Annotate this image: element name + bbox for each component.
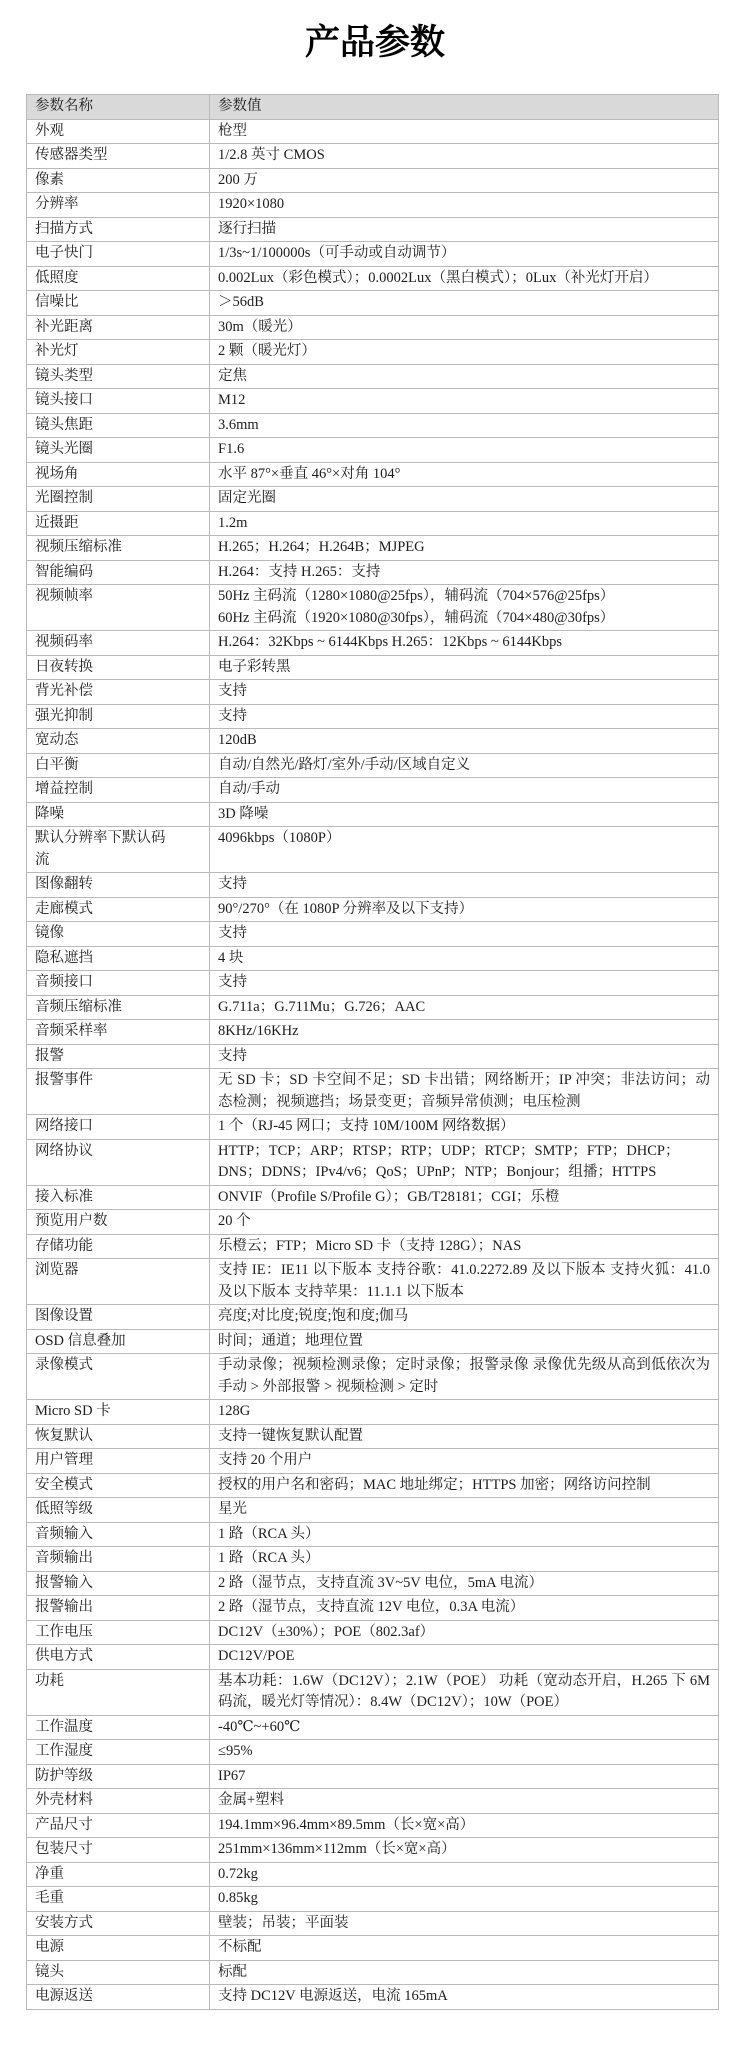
table-row: 电子快门1/3s~1/100000s（可手动或自动调节） [27,242,719,267]
param-value-cell: 200 万 [210,168,719,193]
param-value-cell: 乐橙云；FTP；Micro SD 卡（支持 128G）；NAS [210,1234,719,1259]
table-row: 镜像支持 [27,922,719,947]
table-row: 防护等级IP67 [27,1764,719,1789]
table-row: 隐私遮挡4 块 [27,946,719,971]
param-name-cell: 用户管理 [27,1449,210,1474]
param-value-cell: 0.85kg [210,1887,719,1912]
param-name-cell: 网络接口 [27,1115,210,1140]
param-name-cell: 补光距离 [27,315,210,340]
param-name-cell: 宽动态 [27,729,210,754]
param-name-cell: 音频输入 [27,1522,210,1547]
param-value-cell: ≤95% [210,1740,719,1765]
table-row: 视频码率H.264：32Kbps ~ 6144Kbps H.265：12Kbps… [27,631,719,656]
param-name-cell: 工作湿度 [27,1740,210,1765]
table-row: 工作湿度≤95% [27,1740,719,1765]
param-name-cell: 音频采样率 [27,1020,210,1045]
param-name-cell: 音频接口 [27,971,210,996]
param-name-cell: 默认分辨率下默认码 流 [27,827,210,873]
param-name-cell: 录像模式 [27,1354,210,1400]
table-row: 分辨率1920×1080 [27,193,719,218]
param-name-cell: 音频压缩标准 [27,995,210,1020]
table-row: 扫描方式逐行扫描 [27,217,719,242]
param-value-cell: 20 个 [210,1210,719,1235]
param-name-cell: 智能编码 [27,560,210,585]
param-value-cell: 时间；通道；地理位置 [210,1329,719,1354]
param-value-cell: 120dB [210,729,719,754]
param-value-cell: 支持 DC12V 电源返送，电流 165mA [210,1985,719,2010]
param-value-cell: 支持 [210,922,719,947]
param-value-cell: 标配 [210,1960,719,1985]
param-value-cell: 3.6mm [210,413,719,438]
param-name-cell: 光圈控制 [27,487,210,512]
param-name-cell: 防护等级 [27,1764,210,1789]
param-value-cell: 金属+塑料 [210,1789,719,1814]
table-row: 信噪比＞56dB [27,291,719,316]
param-value-cell: 2 路（湿节点，支持直流 3V~5V 电位，5mA 电流） [210,1571,719,1596]
table-row: 低照度0.002Lux（彩色模式）；0.0002Lux（黑白模式）；0Lux（补… [27,266,719,291]
table-row: 供电方式DC12V/POE [27,1645,719,1670]
param-value-cell: 基本功耗：1.6W（DC12V）；2.1W（POE） 功耗（宽动态开启，H.26… [210,1669,719,1715]
param-name-cell: 外观 [27,119,210,144]
param-name-cell: 图像设置 [27,1305,210,1330]
param-value-cell: 2 颗（暖光灯） [210,340,719,365]
param-value-cell: G.711a；G.711Mu；G.726；AAC [210,995,719,1020]
param-name-cell: 工作温度 [27,1715,210,1740]
param-name-cell: 电源 [27,1936,210,1961]
param-value-cell: 1/2.8 英寸 CMOS [210,144,719,169]
param-name-cell: 白平衡 [27,753,210,778]
param-name-cell: 报警 [27,1044,210,1069]
param-value-cell: F1.6 [210,438,719,463]
param-name-cell: 镜头焦距 [27,413,210,438]
table-row: 镜头标配 [27,1960,719,1985]
param-value-cell: 水平 87°×垂直 46°×对角 104° [210,462,719,487]
param-name-cell: 外壳材料 [27,1789,210,1814]
table-row: 恢复默认支持一键恢复默认配置 [27,1424,719,1449]
param-name-cell: 净重 [27,1862,210,1887]
param-name-cell: 报警事件 [27,1069,210,1115]
param-name-cell: 功耗 [27,1669,210,1715]
param-value-cell: 251mm×136mm×112mm（长×宽×高） [210,1838,719,1863]
table-row: 外观枪型 [27,119,719,144]
product-spec-page: 产品参数 参数名称 参数值 外观枪型传感器类型1/2.8 英寸 CMOS像素20… [0,0,750,2056]
param-name-cell: 工作电压 [27,1620,210,1645]
param-value-cell: 50Hz 主码流（1280×1080@25fps），辅码流（704×576@25… [210,585,719,631]
param-value-cell: 支持 [210,680,719,705]
param-value-cell: 支持一键恢复默认配置 [210,1424,719,1449]
param-name-cell: 背光补偿 [27,680,210,705]
table-row: 低照等级星光 [27,1498,719,1523]
param-value-cell: 定焦 [210,364,719,389]
table-row: 视频压缩标准H.265；H.264；H.264B；MJPEG [27,536,719,561]
table-row: 工作温度-40℃~+60℃ [27,1715,719,1740]
table-row: 浏览器支持 IE：IE11 以下版本 支持谷歌：41.0.2272.89 及以下… [27,1259,719,1305]
param-value-cell: 194.1mm×96.4mm×89.5mm（长×宽×高） [210,1813,719,1838]
param-name-cell: 恢复默认 [27,1424,210,1449]
param-name-cell: 报警输入 [27,1571,210,1596]
table-row: Micro SD 卡128G [27,1400,719,1425]
param-name-cell: 产品尺寸 [27,1813,210,1838]
param-value-cell: 无 SD 卡；SD 卡空间不足；SD 卡出错；网络断开；IP 冲突；非法访问；动… [210,1069,719,1115]
param-value-cell: 亮度;对比度;锐度;饱和度;伽马 [210,1305,719,1330]
param-name-cell: 扫描方式 [27,217,210,242]
param-name-cell: 镜头光圈 [27,438,210,463]
table-row: 镜头类型定焦 [27,364,719,389]
param-value-cell: 支持 [210,971,719,996]
param-value-cell: 支持 [210,1044,719,1069]
table-row: 电源不标配 [27,1936,719,1961]
param-name-cell: 日夜转换 [27,655,210,680]
table-row: 走廊模式90°/270°（在 1080P 分辨率及以下支持） [27,897,719,922]
table-row: 音频输入1 路（RCA 头） [27,1522,719,1547]
param-name-cell: 电源返送 [27,1985,210,2010]
table-row: 外壳材料金属+塑料 [27,1789,719,1814]
param-name-cell: 近摄距 [27,511,210,536]
table-row: 宽动态120dB [27,729,719,754]
table-row: 像素200 万 [27,168,719,193]
table-row: 功耗基本功耗：1.6W（DC12V）；2.1W（POE） 功耗（宽动态开启，H.… [27,1669,719,1715]
param-value-cell: 1/3s~1/100000s（可手动或自动调节） [210,242,719,267]
table-row: 工作电压DC12V（±30%）；POE（802.3af） [27,1620,719,1645]
param-value-cell: H.264：32Kbps ~ 6144Kbps H.265：12Kbps ~ 6… [210,631,719,656]
table-row: 智能编码H.264：支持 H.265：支持 [27,560,719,585]
table-row: 增益控制自动/手动 [27,778,719,803]
param-name-cell: 浏览器 [27,1259,210,1305]
table-body: 外观枪型传感器类型1/2.8 英寸 CMOS像素200 万分辨率1920×108… [27,119,719,2009]
param-value-cell: 支持 20 个用户 [210,1449,719,1474]
param-value-cell: 固定光圈 [210,487,719,512]
param-value-cell: 电子彩转黑 [210,655,719,680]
param-value-cell: 0.002Lux（彩色模式）；0.0002Lux（黑白模式）；0Lux（补光灯开… [210,266,719,291]
table-row: 报警支持 [27,1044,719,1069]
param-name-cell: 网络协议 [27,1139,210,1185]
param-name-cell: 视场角 [27,462,210,487]
param-value-cell: HTTP；TCP；ARP；RTSP；RTP；UDP；RTCP；SMTP；FTP；… [210,1139,719,1185]
param-name-cell: 低照度 [27,266,210,291]
table-row: 安装方式壁装；吊装；平面装 [27,1911,719,1936]
param-value-cell: 授权的用户名和密码；MAC 地址绑定；HTTPS 加密；网络访问控制 [210,1473,719,1498]
param-value-cell: 1920×1080 [210,193,719,218]
param-value-cell: 128G [210,1400,719,1425]
table-row: 存储功能乐橙云；FTP；Micro SD 卡（支持 128G）；NAS [27,1234,719,1259]
param-name-cell: 补光灯 [27,340,210,365]
table-row: 包装尺寸251mm×136mm×112mm（长×宽×高） [27,1838,719,1863]
param-value-cell: 1 个（RJ-45 网口；支持 10M/100M 网络数据） [210,1115,719,1140]
param-value-cell: IP67 [210,1764,719,1789]
param-value-cell: 自动/手动 [210,778,719,803]
table-row: 安全模式授权的用户名和密码；MAC 地址绑定；HTTPS 加密；网络访问控制 [27,1473,719,1498]
param-value-cell: 不标配 [210,1936,719,1961]
table-row: 传感器类型1/2.8 英寸 CMOS [27,144,719,169]
param-name-cell: 毛重 [27,1887,210,1912]
param-value-cell: 4096kbps（1080P） [210,827,719,873]
param-name-cell: 视频压缩标准 [27,536,210,561]
table-row: 日夜转换电子彩转黑 [27,655,719,680]
table-row: 音频接口支持 [27,971,719,996]
param-name-cell: 包装尺寸 [27,1838,210,1863]
param-name-cell: 像素 [27,168,210,193]
table-row: 镜头接口M12 [27,389,719,414]
table-row: 降噪3D 降噪 [27,802,719,827]
param-value-cell: 壁装；吊装；平面装 [210,1911,719,1936]
param-name-cell: 信噪比 [27,291,210,316]
param-value-cell: 枪型 [210,119,719,144]
page-title: 产品参数 [0,0,750,64]
param-name-cell: 降噪 [27,802,210,827]
param-name-cell: 分辨率 [27,193,210,218]
param-name-cell: 图像翻转 [27,873,210,898]
param-name-cell: 电子快门 [27,242,210,267]
param-value-cell: 手动录像；视频检测录像；定时录像；报警录像 录像优先级从高到低依次为手动 > 外… [210,1354,719,1400]
param-name-cell: 安全模式 [27,1473,210,1498]
table-row: 背光补偿支持 [27,680,719,705]
param-value-cell: 0.72kg [210,1862,719,1887]
param-name-cell: Micro SD 卡 [27,1400,210,1425]
table-row: 补光灯2 颗（暖光灯） [27,340,719,365]
param-name-cell: 镜像 [27,922,210,947]
param-name-cell: 供电方式 [27,1645,210,1670]
table-row: 毛重0.85kg [27,1887,719,1912]
table-row: 视频帧率50Hz 主码流（1280×1080@25fps），辅码流（704×57… [27,585,719,631]
param-value-cell: 支持 IE：IE11 以下版本 支持谷歌：41.0.2272.89 及以下版本 … [210,1259,719,1305]
table-row: 网络接口1 个（RJ-45 网口；支持 10M/100M 网络数据） [27,1115,719,1140]
table-row: 视场角水平 87°×垂直 46°×对角 104° [27,462,719,487]
param-value-cell: M12 [210,389,719,414]
table-row: 报警输出2 路（湿节点，支持直流 12V 电位，0.3A 电流） [27,1596,719,1621]
table-row: OSD 信息叠加时间；通道；地理位置 [27,1329,719,1354]
table-header-row: 参数名称 参数值 [27,95,719,120]
param-value-cell: 30m（暖光） [210,315,719,340]
table-row: 录像模式手动录像；视频检测录像；定时录像；报警录像 录像优先级从高到低依次为手动… [27,1354,719,1400]
param-value-cell: ＞56dB [210,291,719,316]
param-value-cell: H.265；H.264；H.264B；MJPEG [210,536,719,561]
param-name-cell: 低照等级 [27,1498,210,1523]
param-value-cell: DC12V（±30%）；POE（802.3af） [210,1620,719,1645]
param-value-cell: DC12V/POE [210,1645,719,1670]
table-row: 镜头光圈F1.6 [27,438,719,463]
table-row: 报警事件无 SD 卡；SD 卡空间不足；SD 卡出错；网络断开；IP 冲突；非法… [27,1069,719,1115]
param-name-cell: 传感器类型 [27,144,210,169]
table-row: 报警输入2 路（湿节点，支持直流 3V~5V 电位，5mA 电流） [27,1571,719,1596]
table-row: 近摄距1.2m [27,511,719,536]
param-value-cell: 自动/自然光/路灯/室外/手动/区域自定义 [210,753,719,778]
column-header-param-value: 参数值 [210,95,719,120]
param-value-cell: 90°/270°（在 1080P 分辨率及以下支持） [210,897,719,922]
param-value-cell: 逐行扫描 [210,217,719,242]
param-value-cell: 3D 降噪 [210,802,719,827]
table-row: 强光抑制支持 [27,704,719,729]
param-name-cell: 视频帧率 [27,585,210,631]
param-name-cell: 预览用户数 [27,1210,210,1235]
param-name-cell: 视频码率 [27,631,210,656]
table-row: 净重0.72kg [27,1862,719,1887]
param-value-cell: 支持 [210,704,719,729]
param-name-cell: 镜头类型 [27,364,210,389]
param-value-cell: 1.2m [210,511,719,536]
param-name-cell: 增益控制 [27,778,210,803]
table-row: 镜头焦距3.6mm [27,413,719,438]
table-row: 电源返送支持 DC12V 电源返送，电流 165mA [27,1985,719,2010]
param-name-cell: 接入标准 [27,1185,210,1210]
table-row: 音频采样率8KHz/16KHz [27,1020,719,1045]
param-value-cell: 1 路（RCA 头） [210,1522,719,1547]
param-name-cell: 音频输出 [27,1547,210,1572]
param-value-cell: 4 块 [210,946,719,971]
table-row: 补光距离30m（暖光） [27,315,719,340]
param-value-cell: 支持 [210,873,719,898]
param-name-cell: 隐私遮挡 [27,946,210,971]
table-row: 接入标准ONVIF（Profile S/Profile G）；GB/T28181… [27,1185,719,1210]
table-row: 音频输出1 路（RCA 头） [27,1547,719,1572]
param-name-cell: OSD 信息叠加 [27,1329,210,1354]
param-value-cell: 1 路（RCA 头） [210,1547,719,1572]
param-value-cell: 2 路（湿节点，支持直流 12V 电位，0.3A 电流） [210,1596,719,1621]
param-value-cell: 星光 [210,1498,719,1523]
param-name-cell: 安装方式 [27,1911,210,1936]
param-value-cell: ONVIF（Profile S/Profile G）；GB/T28181；CGI… [210,1185,719,1210]
column-header-param-name: 参数名称 [27,95,210,120]
param-name-cell: 报警输出 [27,1596,210,1621]
table-row: 图像设置亮度;对比度;锐度;饱和度;伽马 [27,1305,719,1330]
param-value-cell: -40℃~+60℃ [210,1715,719,1740]
spec-table: 参数名称 参数值 外观枪型传感器类型1/2.8 英寸 CMOS像素200 万分辨… [26,94,719,2010]
table-row: 用户管理支持 20 个用户 [27,1449,719,1474]
param-value-cell: 8KHz/16KHz [210,1020,719,1045]
param-name-cell: 存储功能 [27,1234,210,1259]
table-row: 产品尺寸194.1mm×96.4mm×89.5mm（长×宽×高） [27,1813,719,1838]
param-name-cell: 镜头接口 [27,389,210,414]
param-name-cell: 强光抑制 [27,704,210,729]
table-row: 音频压缩标准G.711a；G.711Mu；G.726；AAC [27,995,719,1020]
table-row: 白平衡自动/自然光/路灯/室外/手动/区域自定义 [27,753,719,778]
table-row: 图像翻转支持 [27,873,719,898]
param-name-cell: 走廊模式 [27,897,210,922]
table-row: 网络协议HTTP；TCP；ARP；RTSP；RTP；UDP；RTCP；SMTP；… [27,1139,719,1185]
param-name-cell: 镜头 [27,1960,210,1985]
table-row: 光圈控制固定光圈 [27,487,719,512]
table-row: 默认分辨率下默认码 流4096kbps（1080P） [27,827,719,873]
param-value-cell: H.264：支持 H.265：支持 [210,560,719,585]
table-row: 预览用户数20 个 [27,1210,719,1235]
